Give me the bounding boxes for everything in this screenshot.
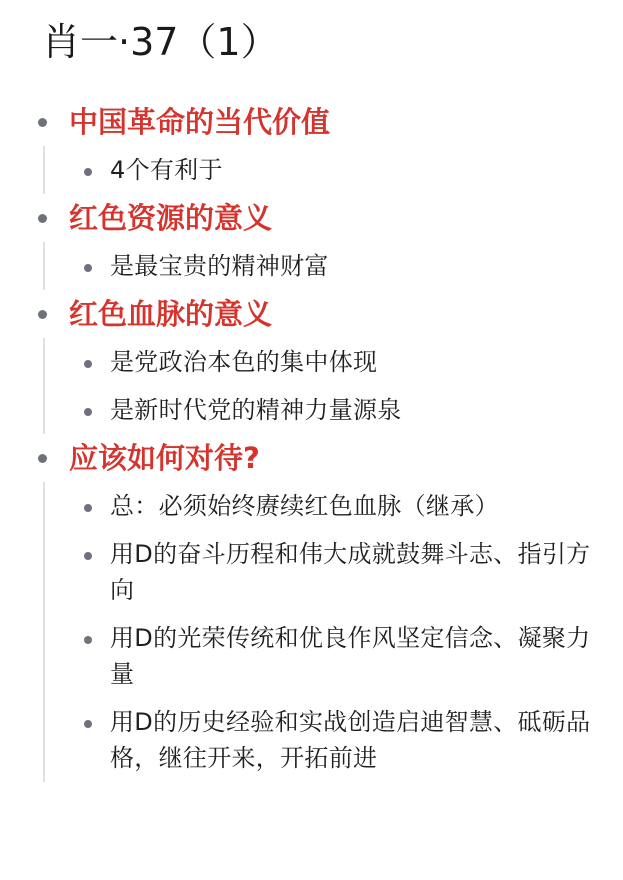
section-header: 红色资源的意义 xyxy=(0,194,623,242)
section-children: 是党政治本色的集中体现 是新时代党的精神力量源泉 xyxy=(43,338,623,434)
section-heading: 红色血脉的意义 xyxy=(69,294,272,334)
outline-section: 应该如何对待? 总：必须始终赓续红色血脉（继承） 用D的奋斗历程和伟大成就鼓舞斗… xyxy=(0,434,623,782)
list-item: 用D的光荣传统和优良作风坚定信念、凝聚力量 xyxy=(45,614,623,698)
outline-section: 红色资源的意义 是最宝贵的精神财富 xyxy=(0,194,623,290)
list-item-text: 4个有利于 xyxy=(110,152,605,188)
bullet-icon xyxy=(38,214,47,223)
bullet-icon xyxy=(38,310,47,319)
page-title: 肖一·37（1） xyxy=(42,14,279,70)
bullet-icon xyxy=(38,454,47,463)
list-item-text: 是最宝贵的精神财富 xyxy=(110,248,605,284)
list-item: 总：必须始终赓续红色血脉（继承） xyxy=(45,482,623,530)
list-item: 用D的奋斗历程和伟大成就鼓舞斗志、指引方向 xyxy=(45,530,623,614)
list-item-text: 总：必须始终赓续红色血脉（继承） xyxy=(110,488,605,524)
outline-section: 红色血脉的意义 是党政治本色的集中体现 是新时代党的精神力量源泉 xyxy=(0,290,623,434)
list-item-text: 用D的历史经验和实战创造启迪智慧、砥砺品格，继往开来，开拓前进 xyxy=(110,704,605,776)
bullet-icon xyxy=(84,504,92,512)
bullet-icon xyxy=(84,264,92,272)
outline-list: 中国革命的当代价值 4个有利于 红色资源的意义 是最宝贵的精神财富 xyxy=(0,98,623,782)
outline-section: 中国革命的当代价值 4个有利于 xyxy=(0,98,623,194)
section-header: 红色血脉的意义 xyxy=(0,290,623,338)
bullet-icon xyxy=(38,118,47,127)
list-item-text: 是党政治本色的集中体现 xyxy=(110,344,605,380)
list-item: 4个有利于 xyxy=(45,146,623,194)
bullet-icon xyxy=(84,408,92,416)
list-item-text: 是新时代党的精神力量源泉 xyxy=(110,392,605,428)
section-header: 应该如何对待? xyxy=(0,434,623,482)
bullet-icon xyxy=(84,360,92,368)
list-item: 是最宝贵的精神财富 xyxy=(45,242,623,290)
list-item-text: 用D的奋斗历程和伟大成就鼓舞斗志、指引方向 xyxy=(110,536,605,608)
section-children: 4个有利于 xyxy=(43,146,623,194)
section-children: 是最宝贵的精神财富 xyxy=(43,242,623,290)
section-heading: 应该如何对待? xyxy=(69,438,260,478)
section-heading: 中国革命的当代价值 xyxy=(69,102,330,142)
bullet-icon xyxy=(84,720,92,728)
document-page: 肖一·37（1） 中国革命的当代价值 4个有利于 红色资源的意义 xyxy=(0,0,623,880)
section-heading: 红色资源的意义 xyxy=(69,198,272,238)
section-children: 总：必须始终赓续红色血脉（继承） 用D的奋斗历程和伟大成就鼓舞斗志、指引方向 用… xyxy=(43,482,623,782)
section-header: 中国革命的当代价值 xyxy=(0,98,623,146)
list-item: 是新时代党的精神力量源泉 xyxy=(45,386,623,434)
bullet-icon xyxy=(84,552,92,560)
list-item-text: 用D的光荣传统和优良作风坚定信念、凝聚力量 xyxy=(110,620,605,692)
bullet-icon xyxy=(84,168,92,176)
bullet-icon xyxy=(84,636,92,644)
list-item: 用D的历史经验和实战创造启迪智慧、砥砺品格，继往开来，开拓前进 xyxy=(45,698,623,782)
list-item: 是党政治本色的集中体现 xyxy=(45,338,623,386)
